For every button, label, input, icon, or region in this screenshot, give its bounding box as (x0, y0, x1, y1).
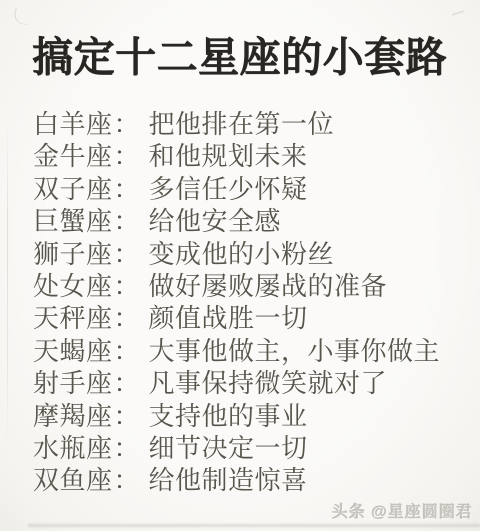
zodiac-sign-name: 双子座 (33, 173, 113, 205)
zodiac-tip-text: 细节决定一切 (149, 432, 308, 464)
zodiac-sign-name: 天蝎座 (33, 335, 113, 367)
zodiac-tip-text: 颜值战胜一切 (149, 302, 308, 334)
list-item-taurus: 金牛座： 和他规划未来 (33, 140, 440, 172)
zodiac-sign-name: 射手座 (33, 367, 113, 399)
colon-separator: ： (114, 432, 140, 464)
zodiac-tips-image: 搞定十二星座的小套路 白羊座： 把他排在第一位 金牛座： 和他规划未来 双子座：… (0, 0, 480, 531)
photo-artifact-smudge (28, 524, 480, 527)
photo-artifact-mark (13, 8, 31, 26)
colon-separator: ： (114, 367, 140, 399)
colon-separator: ： (114, 108, 140, 140)
list-item-capricorn: 摩羯座： 支持他的事业 (33, 400, 440, 432)
zodiac-tip-text: 多信任少怀疑 (149, 173, 308, 205)
zodiac-sign-name: 天秤座 (33, 302, 113, 334)
photo-artifact-line (7, 120, 8, 450)
zodiac-sign-name: 摩羯座 (33, 400, 113, 432)
colon-separator: ： (114, 270, 140, 302)
list-item-pisces: 双鱼座： 给他制造惊喜 (33, 464, 440, 496)
list-item-scorpio: 天蝎座： 大事他做主，小事你做主 (33, 335, 440, 367)
zodiac-sign-name: 水瓶座 (33, 432, 113, 464)
zodiac-tip-text: 给他安全感 (149, 205, 282, 237)
list-item-aquarius: 水瓶座： 细节决定一切 (33, 432, 440, 464)
colon-separator: ： (114, 464, 140, 496)
list-item-cancer: 巨蟹座： 给他安全感 (33, 205, 440, 237)
zodiac-tips-list: 白羊座： 把他排在第一位 金牛座： 和他规划未来 双子座： 多信任少怀疑 巨蟹座… (33, 108, 440, 497)
photo-artifact-mark (452, 10, 464, 16)
colon-separator: ： (114, 205, 140, 237)
colon-separator: ： (114, 173, 140, 205)
zodiac-tip-text: 做好屡败屡战的准备 (149, 270, 388, 302)
zodiac-tip-text: 大事他做主，小事你做主 (149, 335, 441, 367)
zodiac-sign-name: 双鱼座 (33, 464, 113, 496)
list-item-gemini: 双子座： 多信任少怀疑 (33, 173, 440, 205)
zodiac-tip-text: 变成他的小粉丝 (149, 238, 335, 270)
zodiac-sign-name: 白羊座 (33, 108, 113, 140)
colon-separator: ： (114, 140, 140, 172)
zodiac-tip-text: 凡事保持微笑就对了 (149, 367, 388, 399)
colon-separator: ： (114, 400, 140, 432)
list-item-virgo: 处女座： 做好屡败屡战的准备 (33, 270, 440, 302)
list-item-leo: 狮子座： 变成他的小粉丝 (33, 238, 440, 270)
page-title: 搞定十二星座的小套路 (32, 33, 447, 81)
list-item-sagittarius: 射手座： 凡事保持微笑就对了 (33, 367, 440, 399)
zodiac-sign-name: 处女座 (33, 270, 113, 302)
colon-separator: ： (114, 335, 140, 367)
zodiac-tip-text: 支持他的事业 (149, 400, 308, 432)
colon-separator: ： (114, 302, 140, 334)
zodiac-sign-name: 金牛座 (33, 140, 113, 172)
watermark-toutiao: 头条 @星座圆圈君 (332, 499, 473, 522)
list-item-libra: 天秤座： 颜值战胜一切 (33, 302, 440, 334)
zodiac-tip-text: 给他制造惊喜 (149, 464, 308, 496)
list-item-aries: 白羊座： 把他排在第一位 (33, 108, 440, 140)
colon-separator: ： (114, 238, 140, 270)
zodiac-sign-name: 狮子座 (33, 238, 113, 270)
zodiac-sign-name: 巨蟹座 (33, 205, 113, 237)
zodiac-tip-text: 和他规划未来 (149, 140, 308, 172)
zodiac-tip-text: 把他排在第一位 (149, 108, 335, 140)
